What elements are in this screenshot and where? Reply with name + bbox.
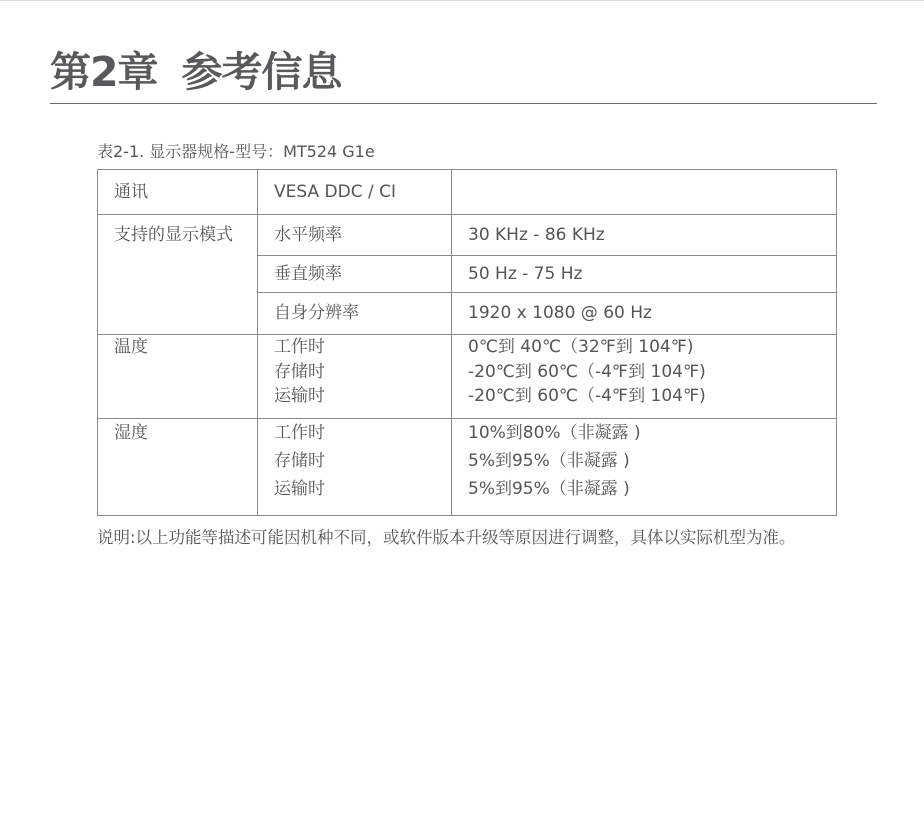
value-line: -20℃到 60℃（-4℉到 104℉) (468, 360, 820, 385)
label-cell: 自身分辨率 (258, 293, 452, 335)
value-cell: 1920 x 1080 @ 60 Hz (452, 293, 837, 335)
category-cell: 支持的显示模式 (98, 215, 258, 335)
heading-divider (50, 103, 877, 104)
table-row-humidity: 湿度 工作时 存储时 运输时 10%到80%（非凝露 ) 5%到95%（非凝露 … (98, 419, 837, 516)
value-line: -20℃到 60℃（-4℉到 104℉) (468, 384, 820, 409)
label-cell: 水平频率 (258, 215, 452, 256)
category-cell: 湿度 (98, 419, 258, 516)
footnote: 说明:以上功能等描述可能因机种不同，或软件版本升级等原因进行调整，具体以实际机型… (97, 527, 842, 549)
chapter-heading: 第2章参考信息 (50, 46, 342, 98)
label-cell: VESA DDC / CI (258, 170, 452, 215)
value-line: 10%到80%（非凝露 ) (468, 419, 820, 447)
label-cell: 垂直频率 (258, 256, 452, 293)
label-line: 工作时 (274, 335, 435, 360)
value-cell (452, 170, 837, 215)
value-cell: 50 Hz - 75 Hz (452, 256, 837, 293)
value-cell: 0℃到 40℃（32℉到 104℉) -20℃到 60℃（-4℉到 104℉) … (452, 335, 837, 419)
label-cell: 工作时 存储时 运输时 (258, 419, 452, 516)
table-caption: 表2-1. 显示器规格-型号：MT524 G1e (97, 141, 375, 163)
category-cell: 通讯 (98, 170, 258, 215)
table-row-communication: 通讯 VESA DDC / CI (98, 170, 837, 215)
category-cell: 温度 (98, 335, 258, 419)
value-line: 5%到95%（非凝露 ) (468, 447, 820, 475)
chapter-title: 参考信息 (182, 48, 342, 96)
value-cell: 10%到80%（非凝露 ) 5%到95%（非凝露 ) 5%到95%（非凝露 ) (452, 419, 837, 516)
label-line: 运输时 (274, 384, 435, 409)
table-row-temperature: 温度 工作时 存储时 运输时 0℃到 40℃（32℉到 104℉) -20℃到 … (98, 335, 837, 419)
spec-table: 通讯 VESA DDC / CI 支持的显示模式 水平频率 30 KHz - 8… (97, 169, 837, 516)
page-top-border (0, 0, 924, 1)
value-line: 5%到95%（非凝露 ) (468, 475, 820, 503)
label-line: 存储时 (274, 360, 435, 385)
value-line: 0℃到 40℃（32℉到 104℉) (468, 335, 820, 360)
label-line: 运输时 (274, 475, 435, 503)
label-line: 工作时 (274, 419, 435, 447)
label-line: 存储时 (274, 447, 435, 475)
value-cell: 30 KHz - 86 KHz (452, 215, 837, 256)
table-row-display-modes: 支持的显示模式 水平频率 30 KHz - 86 KHz (98, 215, 837, 256)
label-cell: 工作时 存储时 运输时 (258, 335, 452, 419)
chapter-number: 第2章 (50, 48, 158, 96)
